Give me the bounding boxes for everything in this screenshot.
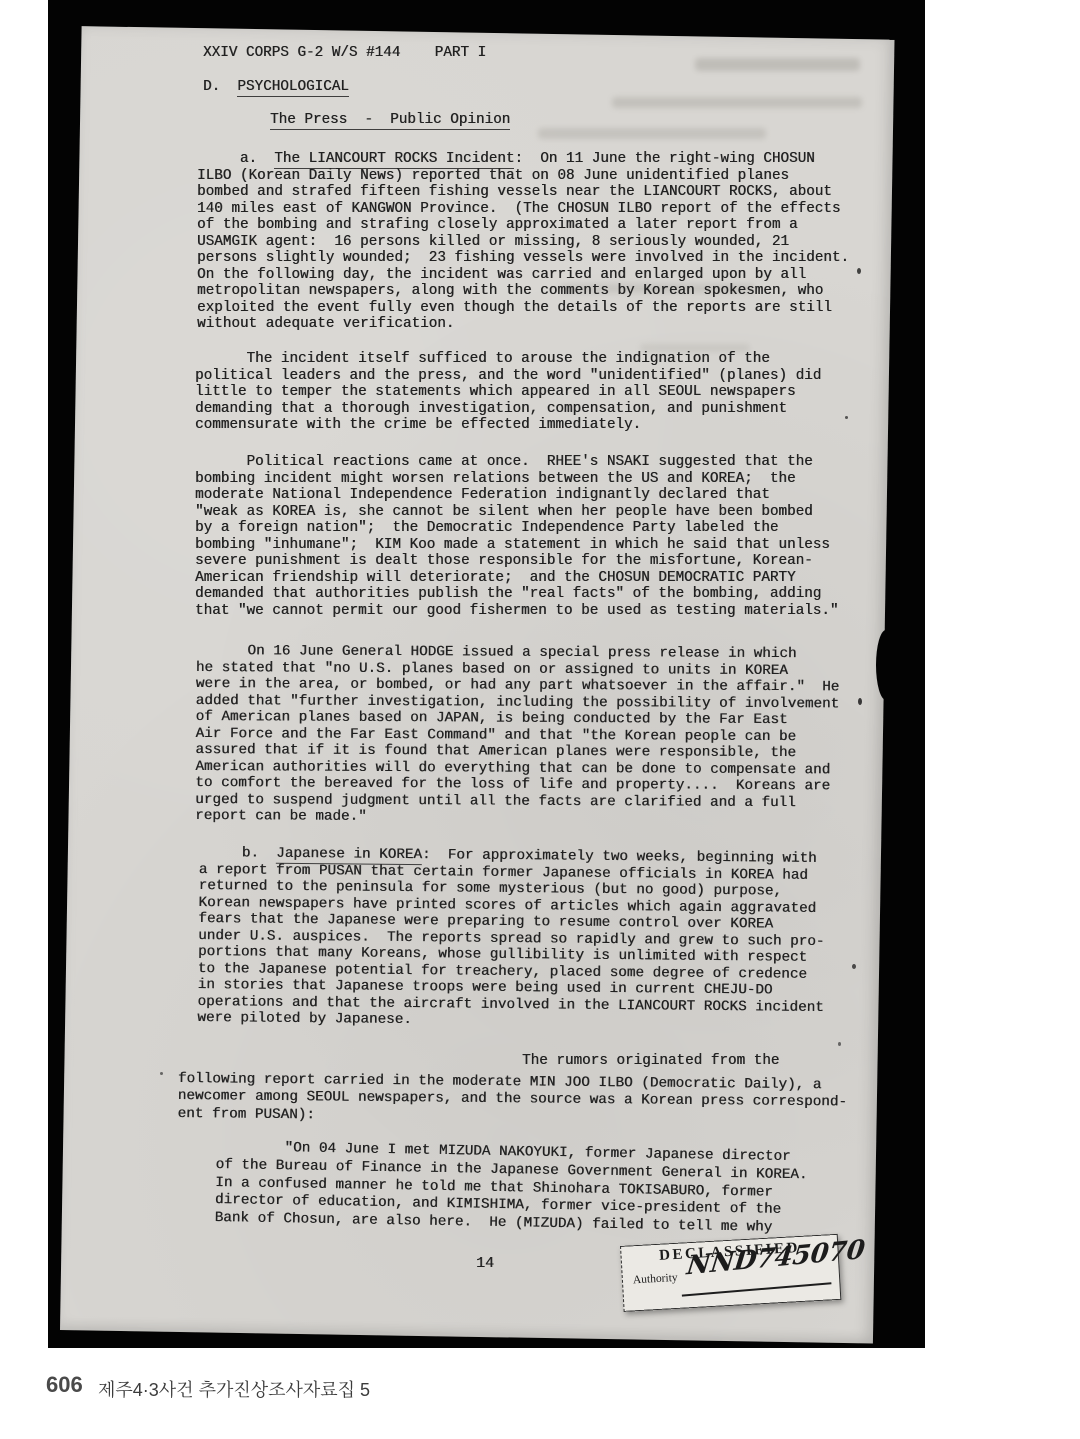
typewritten-line: bombing "inhumane"; KIM Koo made a state… [195, 537, 838, 554]
footer-caption: 제주4·3사건 추가진상조사자료집 5 [98, 1376, 370, 1402]
paragraph-liancourt-rocks: a. The LIANCOURT ROCKS Incident: On 11 J… [197, 151, 849, 333]
typewritten-line: bombing incident might worsen relations … [195, 471, 838, 488]
typewritten-line: little to temper the statements which ap… [195, 384, 821, 401]
typewritten-line: The incident itself sufficed to arouse t… [195, 351, 821, 368]
first-line-rest: : On 11 June the right-wing CHOSUN [514, 151, 814, 167]
typewritten-line: commensurate with the crime be effected … [195, 417, 821, 434]
typewritten-line: without adequate verification. [197, 316, 849, 333]
typewritten-line: demanding that a thorough investigation,… [195, 401, 821, 418]
document-header: XXIV CORPS G-2 W/S #144 PART I [203, 45, 486, 62]
subtitle-text: The Press - Public Opinion [270, 112, 510, 130]
typewritten-line: 140 miles east of KANGWON Province. (The… [197, 201, 849, 218]
paragraph-hodge-press-release: On 16 June General HODGE issued a specia… [195, 643, 839, 828]
typewritten-line: that "we cannot permit our good fisherme… [195, 603, 838, 620]
typewritten-line: USAMGIK agent: 16 persons killed or miss… [197, 234, 849, 251]
typewritten-line: Political reactions came at once. RHEE's… [195, 454, 838, 471]
rumors-intro-line: The rumors originated from the [522, 1053, 779, 1070]
section-heading: D. PSYCHOLOGICAL [203, 79, 349, 96]
typewritten-line: persons slightly wounded; 23 fishing ves… [197, 250, 849, 267]
page-number: 14 [476, 1256, 494, 1273]
section-title: PSYCHOLOGICAL [237, 79, 349, 97]
typewritten-line: of the bombing and strafing closely appr… [197, 217, 849, 234]
paragraph-political-reactions: Political reactions came at once. RHEE's… [195, 454, 838, 619]
typewritten-line: political leaders and the press, and the… [195, 368, 821, 385]
typewritten-line: bombed and strafed fifteen fishing vesse… [197, 184, 849, 201]
typewritten-line: by a foreign nation"; the Democratic Ind… [195, 520, 838, 537]
typewritten-line: metropolitan newspapers, along with the … [197, 283, 849, 300]
declassified-stamp: DECLASSIFIED Authority NND745070 [620, 1234, 841, 1312]
typewritten-line: ILBO (Korean Daily News) reported that o… [197, 168, 849, 185]
typewritten-line: On the following day, the incident was c… [197, 267, 849, 284]
typewritten-line: moderate National Independence Federatio… [195, 487, 838, 504]
paragraph-japanese-in-korea: b. Japanese in KOREA: For approximately … [197, 845, 825, 1033]
typewritten-line: American friendship will deteriorate; an… [195, 570, 838, 587]
paragraph-first-line: a. The LIANCOURT ROCKS Incident: On 11 J… [197, 151, 849, 168]
stamp-authority-label: Authority [633, 1272, 678, 1286]
book-footer: 606 제주4·3사건 추가진상조사자료집 5 [0, 1362, 1080, 1439]
footer-page-number: 606 [46, 1372, 83, 1398]
item-label: a. [197, 151, 274, 167]
typewritten-line: exploited the event fully even though th… [197, 300, 849, 317]
section-label: D. [203, 79, 237, 95]
typewritten-line: report can be made." [195, 808, 839, 828]
typewritten-line: demanded that authorities publish the "r… [195, 586, 838, 603]
typewritten-line: "weak as KOREA is, she cannot be silent … [195, 504, 838, 521]
item-label: b. [199, 845, 276, 862]
scanned-document-page: XXIV CORPS G-2 W/S #144 PART I D. PSYCHO… [0, 0, 1080, 1439]
paragraph-incident-indignation: The incident itself sufficed to arouse t… [195, 351, 821, 434]
stamp-signature-line [682, 1282, 832, 1296]
paragraph-rumors-source: following report carried in the moderate… [177, 1071, 847, 1130]
paragraph-mizuda-quote: "On 04 June I met MIZUDA NAKOYUKI, forme… [214, 1139, 807, 1238]
press-opinion-subtitle: The Press - Public Opinion [270, 112, 510, 129]
typewritten-text-layer: XXIV CORPS G-2 W/S #144 PART I D. PSYCHO… [0, 0, 1080, 1439]
typewritten-line: severe punishment is dealt those respons… [195, 553, 838, 570]
item-title: The LIANCOURT ROCKS Incident [274, 151, 514, 169]
